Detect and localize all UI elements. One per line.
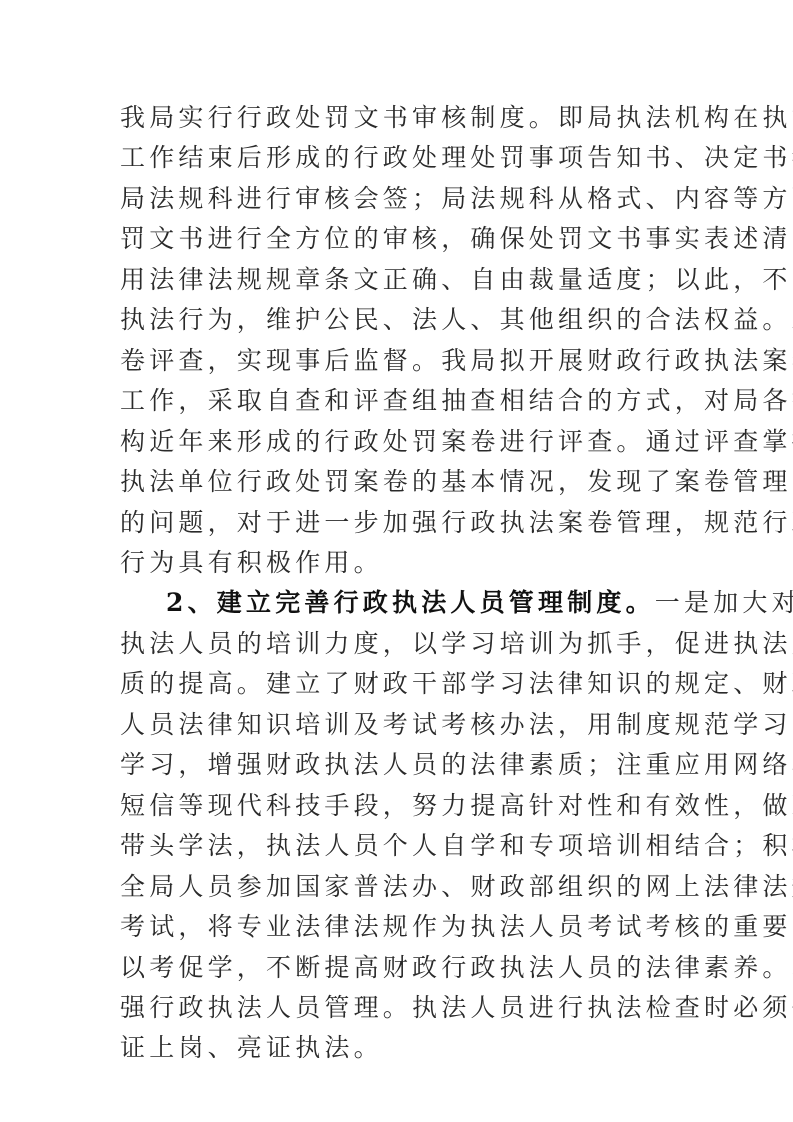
- text-line: 构近年来形成的行政处罚案卷进行评查。通过评查掌握了各: [120, 422, 676, 462]
- text-run: 一是加大对行政: [655, 588, 793, 617]
- text-line: 考试，将专业法律法规作为执法人员考试考核的重要内容，: [120, 907, 676, 947]
- paragraph-2-first-line: 2、建立完善行政执法人员管理制度。一是加大对行政: [120, 583, 676, 623]
- text-line: 带头学法，执法人员个人自学和专项培训相结合；积极组织: [120, 826, 676, 866]
- text-line: 执法单位行政处罚案卷的基本情况，发现了案卷管理中存在: [120, 462, 676, 502]
- text-line: 执法人员的培训力度，以学习培训为抓手，促进执法人员素: [120, 624, 676, 664]
- text-line: 短信等现代科技手段，努力提高针对性和有效性，做到领导: [120, 786, 676, 826]
- text-line: 强行政执法人员管理。执法人员进行执法检查时必须做到持: [120, 988, 676, 1028]
- text-line: 执法行为，维护公民、法人、其他组织的合法权益。三是案: [120, 300, 676, 340]
- text-line: 的问题，对于进一步加强行政执法案卷管理，规范行政执法: [120, 503, 676, 543]
- text-line: 行为具有积极作用。: [120, 543, 676, 583]
- text-line: 证上岗、亮证执法。: [120, 1028, 676, 1068]
- document-page: 我局实行行政处罚文书审核制度。即局执法机构在执法检查 工作结束后形成的行政处理处…: [120, 98, 676, 1069]
- text-line: 局法规科进行审核会签；局法规科从格式、内容等方面对处: [120, 179, 676, 219]
- text-line: 工作结束后形成的行政处理处罚事项告知书、决定书都要送: [120, 138, 676, 178]
- text-line: 用法律法规规章条文正确、自由裁量适度；以此，不断规范: [120, 260, 676, 300]
- text-line: 卷评查，实现事后监督。我局拟开展财政行政执法案卷评查: [120, 341, 676, 381]
- paragraph-1: 我局实行行政处罚文书审核制度。即局执法机构在执法检查 工作结束后形成的行政处理处…: [120, 98, 676, 583]
- section-heading: 2、建立完善行政执法人员管理制度。: [166, 588, 655, 617]
- text-line: 罚文书进行全方位的审核，确保处罚文书事实表述清楚、适: [120, 219, 676, 259]
- text-line: 我局实行行政处罚文书审核制度。即局执法机构在执法检查: [120, 98, 676, 138]
- text-line: 质的提高。建立了财政干部学习法律知识的规定、财政执法: [120, 664, 676, 704]
- paragraph-2: 2、建立完善行政执法人员管理制度。一是加大对行政 执法人员的培训力度，以学习培训…: [120, 583, 676, 1068]
- text-line: 以考促学，不断提高财政行政执法人员的法律素养。二是加: [120, 948, 676, 988]
- text-line: 学习，增强财政执法人员的法律素质；注重应用网络、微信、: [120, 745, 676, 785]
- text-line: 工作，采取自查和评查组抽查相结合的方式，对局各执法机: [120, 381, 676, 421]
- text-line: 人员法律知识培训及考试考核办法，用制度规范学习，通过: [120, 705, 676, 745]
- text-line: 全局人员参加国家普法办、财政部组织的网上法律法规知识: [120, 867, 676, 907]
